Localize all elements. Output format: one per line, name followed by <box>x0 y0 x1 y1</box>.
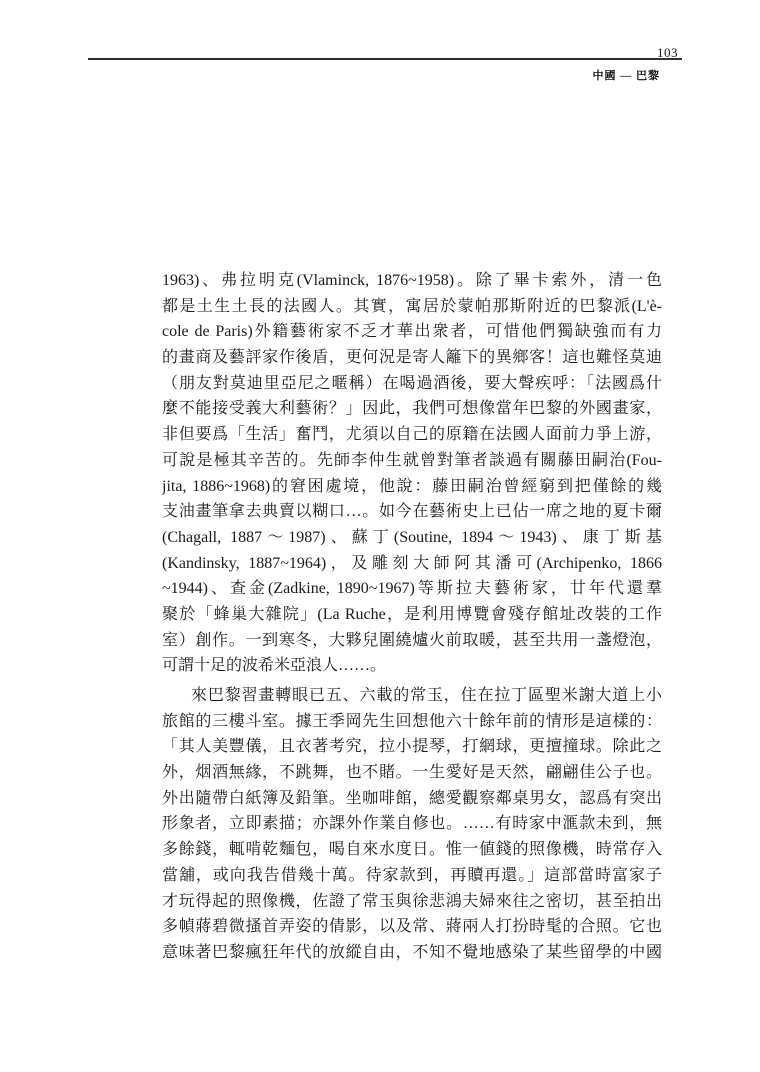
text-line: 聚於「蜂巢大雜院」(La Ruche，是利用博覽會殘存館址改裝的工作 <box>162 602 662 628</box>
text-line: jita, 1886~1968)的窘困處境，他說：藤田嗣治曾經窮到把僅餘的幾 <box>162 474 662 500</box>
text-line: 「其人美豐儀，且衣著考究，拉小提琴，打網球，更擅撞球。除此之 <box>162 734 662 760</box>
text-line: 意味著巴黎瘋狂年代的放縱自由，不知不覺地感染了某些留學的中國 <box>162 940 662 966</box>
text-line: ~1944)、查金(Zadkine, 1890~1967)等斯拉夫藝術家，廿年代… <box>162 576 662 602</box>
text-line: 非但要爲「生活」奮鬥，尤須以自己的原籍在法國人面前力爭上游， <box>162 422 662 448</box>
text-line: (Chagall, 1887～1987)、蘇丁(Soutine, 1894～19… <box>162 525 662 551</box>
text-line: 可說是極其辛苦的。先師李仲生就曾對筆者談過有關藤田嗣治(Fou- <box>162 448 662 474</box>
text-line: 形象者，立即素描；亦課外作業自修也。……有時家中滙款未到，無 <box>162 811 662 837</box>
text-line: 麼不能接受義大利藝術？」因此，我們可想像當年巴黎的外國畫家， <box>162 396 662 422</box>
book-page: 103 中國 — 巴黎 1963)、弗拉明克(Vlaminck, 1876~19… <box>0 0 760 1072</box>
text-line: 外，烟酒無緣，不跳舞，也不賭。一生愛好是天然，翩翩佳公子也。 <box>162 760 662 786</box>
text-line: 當舖，或向我告借幾十萬。待家款到，再贖再還。」這部當時富家子 <box>162 863 662 889</box>
body-text: 1963)、弗拉明克(Vlaminck, 1876~1958)。除了畢卡索外，清… <box>162 268 662 966</box>
text-line: 多餘錢，輒啃乾麵包，喝自來水度日。惟一値錢的照像機，時常存入 <box>162 837 662 863</box>
text-line: cole de Paris)外籍藝術家不乏才華出衆者，可惜他們獨缺強而有力 <box>162 319 662 345</box>
text-line: 多幀蔣碧微搔首弄姿的倩影，以及常、蔣兩人打扮時髦的合照。它也 <box>162 914 662 940</box>
header-rule <box>88 58 682 60</box>
text-line: 的畫商及藝評家作後盾，更何況是寄人籬下的異鄉客！這也難怪莫迪 <box>162 345 662 371</box>
text-line: 外出隨帶白紙簿及鉛筆。坐咖啡館，總愛觀察鄰桌男女，認爲有突出 <box>162 786 662 812</box>
text-line: 室）創作。一到寒冬，大夥兒圍繞爐火前取暖，甚至共用一盞燈泡， <box>162 628 662 654</box>
paragraph: 1963)、弗拉明克(Vlaminck, 1876~1958)。除了畢卡索外，清… <box>162 268 662 679</box>
text-line: 旅館的三樓斗室。據王季岡先生回想他六十餘年前的情形是這樣的： <box>162 709 662 735</box>
text-line: (Kandinsky, 1887~1964)，及雕刻大師阿其潘可(Archipe… <box>162 551 662 577</box>
text-line: （朋友對莫迪里亞尼之暱稱）在喝過酒後，要大聲疾呼：「法國爲什 <box>162 371 662 397</box>
text-line: 才玩得起的照像機，佐證了常玉與徐悲鴻夫婦來往之密切，甚至拍出 <box>162 889 662 915</box>
text-line: 支油畫筆拿去典賣以糊口…。如今在藝術史上已佔一席之地的夏卡爾 <box>162 499 662 525</box>
text-line: 都是土生土長的法國人。其實，寓居於蒙帕那斯附近的巴黎派(L'è- <box>162 294 662 320</box>
text-line: 1963)、弗拉明克(Vlaminck, 1876~1958)。除了畢卡索外，清… <box>162 268 662 294</box>
paragraph: 來巴黎習畫轉眼已五、六載的常玉，住在拉丁區聖米謝大道上小旅館的三樓斗室。據王季岡… <box>162 683 662 966</box>
text-line: 來巴黎習畫轉眼已五、六載的常玉，住在拉丁區聖米謝大道上小 <box>162 683 662 709</box>
text-line: 可謂十足的波希米亞浪人……。 <box>162 653 662 679</box>
running-header: 中國 — 巴黎 <box>520 67 660 83</box>
